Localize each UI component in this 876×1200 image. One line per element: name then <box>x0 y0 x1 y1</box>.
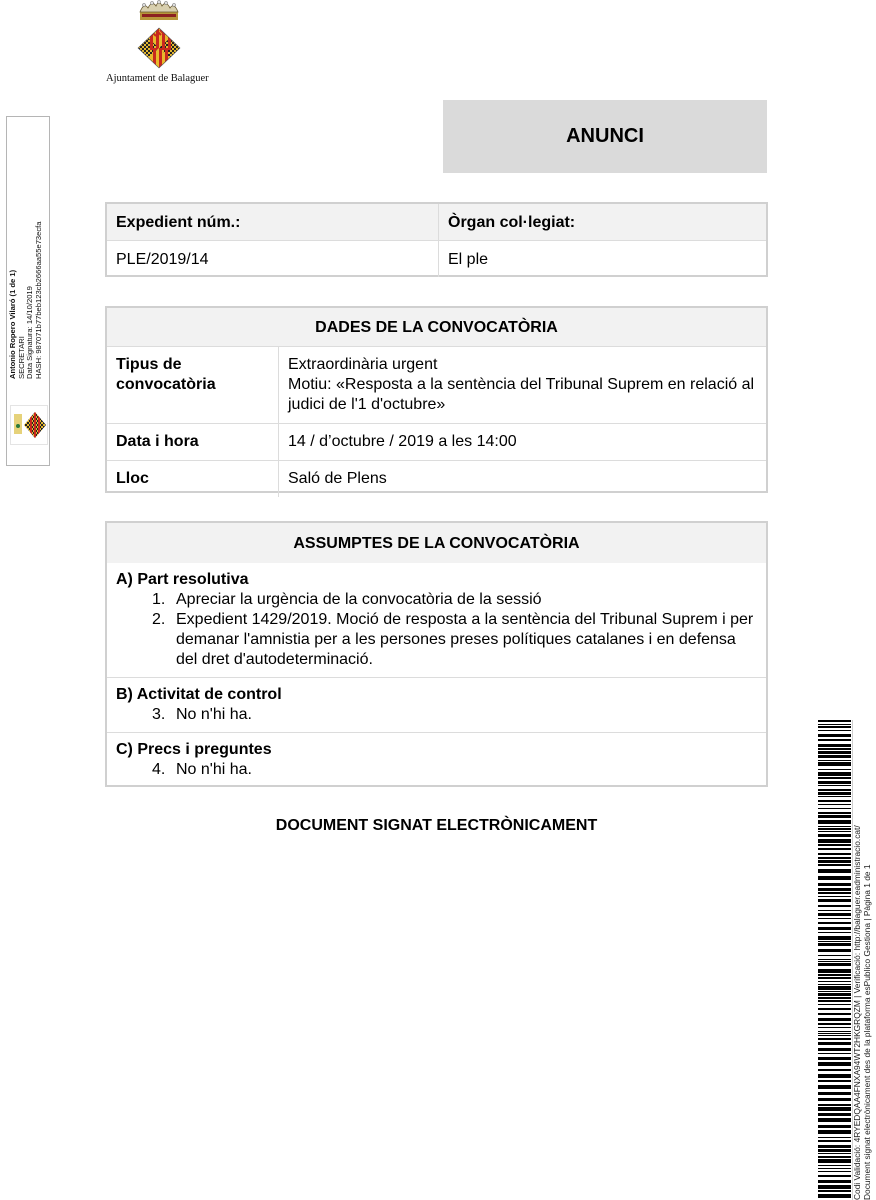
table-row: Lloc Saló de Plens <box>107 460 766 497</box>
table-row: Data i hora 14 / d’octubre / 2019 a les … <box>107 423 766 460</box>
organ-label: Òrgan col·legiat: <box>439 204 766 240</box>
item-text: No n'hi ha. <box>176 705 757 725</box>
agenda-section: A) Part resolutiva 1.Apreciar la urgènci… <box>107 563 766 677</box>
item-number: 1. <box>152 590 176 610</box>
organ-value: El ple <box>439 241 766 277</box>
section-title: B) Activitat de control <box>116 685 757 705</box>
item-text: Expedient 1429/2019. Moció de resposta a… <box>176 610 757 670</box>
convocation-details-table: DADES DE LA CONVOCATÒRIA Tipus de convoc… <box>105 306 768 493</box>
agenda-section: B) Activitat de control 3.No n'hi ha. <box>107 677 766 732</box>
expedient-table: Expedient núm.: Òrgan col·legiat: PLE/20… <box>105 202 768 277</box>
item-number: 3. <box>152 705 176 725</box>
convocation-details-title: DADES DE LA CONVOCATÒRIA <box>107 308 766 346</box>
convocation-type: Extraordinària urgent <box>288 355 757 375</box>
agenda-title: ASSUMPTES DE LA CONVOCATÒRIA <box>107 523 766 563</box>
signed-electronically-label: DOCUMENT SIGNAT ELECTRÒNICAMENT <box>105 817 768 835</box>
coat-of-arms-icon <box>134 0 184 72</box>
stamp-logo <box>10 405 48 445</box>
expedient-number-value: PLE/2019/14 <box>107 241 439 277</box>
municipal-logo: Ajuntament de Balaguer <box>104 0 214 88</box>
list-item: 1.Apreciar la urgència de la convocatòri… <box>116 590 757 610</box>
table-row: Tipus de convocatòria Extraordinària urg… <box>107 346 766 423</box>
verification-text: Codi Validació: 4RYEDQAA4FNXA94WT2HKGRQZ… <box>852 720 876 1200</box>
row-value: Extraordinària urgent Motiu: «Resposta a… <box>279 347 766 423</box>
signature-stamp: Antonio Ropero Vilaró (1 de 1) SECRETARI… <box>6 116 50 466</box>
row-label: Tipus de convocatòria <box>107 347 279 423</box>
section-title: A) Part resolutiva <box>116 570 757 590</box>
expedient-number-label: Expedient núm.: <box>107 204 439 240</box>
agenda-section: C) Precs i preguntes 4.No n'hi ha. <box>107 732 766 787</box>
item-number: 2. <box>152 610 176 670</box>
convocation-reason: Motiu: «Resposta a la sentència del Trib… <box>288 375 757 415</box>
row-label: Lloc <box>107 461 279 497</box>
section-title: C) Precs i preguntes <box>116 740 757 760</box>
signature-details: Antonio Ropero Vilaró (1 de 1) SECRETARI… <box>9 29 53 379</box>
row-value: Saló de Plens <box>279 461 766 497</box>
item-text: Apreciar la urgència de la convocatòria … <box>176 590 757 610</box>
list-item: 3.No n'hi ha. <box>116 705 757 725</box>
org-name: Ajuntament de Balaguer <box>106 73 209 84</box>
list-item: 2.Expedient 1429/2019. Moció de resposta… <box>116 610 757 670</box>
barcode-icon <box>818 720 851 1200</box>
validation-code: Codi Validació: 4RYEDQAA4FNXA94WT2HKGRQZ… <box>852 720 862 1200</box>
signer-name: Antonio Ropero Vilaró (1 de 1) <box>9 29 18 379</box>
agenda-table: ASSUMPTES DE LA CONVOCATÒRIA A) Part res… <box>105 521 768 787</box>
item-text: No n'hi ha. <box>176 760 757 780</box>
coat-of-arms-icon <box>11 406 47 444</box>
row-value: 14 / d’octubre / 2019 a les 14:00 <box>279 424 766 460</box>
row-label: Data i hora <box>107 424 279 460</box>
platform-note: Document signat electrònicament des de l… <box>862 720 872 1200</box>
signature-hash: HASH: 987071b77beb123cb2666aa55e73ecfa <box>35 29 44 379</box>
list-item: 4.No n'hi ha. <box>116 760 757 780</box>
document-type-banner: ANUNCI <box>443 100 767 173</box>
item-number: 4. <box>152 760 176 780</box>
